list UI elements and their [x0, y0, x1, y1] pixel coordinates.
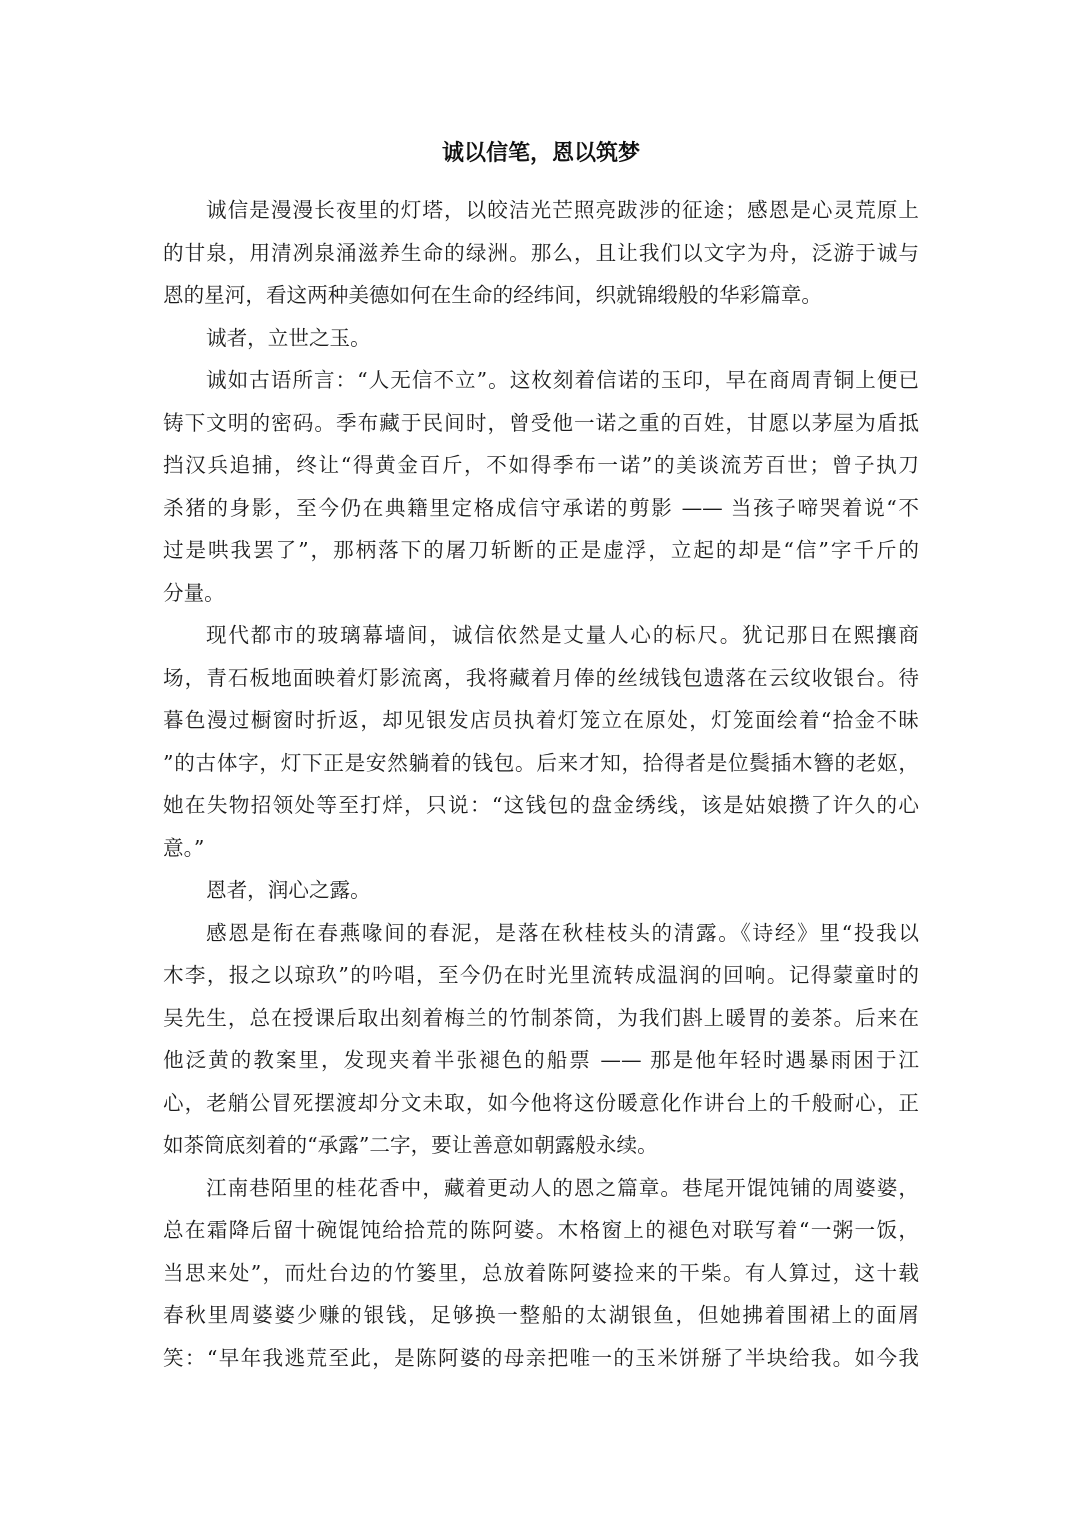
text-line: 挡汉兵追捕，终让“得黄金百斤，不如得季布一诺”的美谈流芳百世；曾子执刀 — [163, 444, 919, 487]
text-line: 过是哄我罢了”，那柄落下的屠刀斩断的正是虚浮，立起的却是“信”字千斤的 — [163, 529, 919, 572]
text-line: 意。” — [163, 827, 919, 870]
text-line: 她在失物招领处等至打烊，只说：“这钱包的盘金绣线，该是姑娘攒了许久的心 — [163, 784, 919, 827]
text-line: 诚信是漫漫长夜里的灯塔，以皎洁光芒照亮跋涉的征途；感恩是心灵荒原上 — [163, 189, 919, 232]
text-line: 江南巷陌里的桂花香中，藏着更动人的恩之篇章。巷尾开馄饨铺的周婆婆， — [163, 1167, 919, 1210]
text-line: 他泛黄的教案里，发现夹着半张褪色的船票 —— 那是他年轻时遇暴雨困于江 — [163, 1039, 919, 1082]
text-line: 恩者，润心之露。 — [163, 869, 919, 912]
text-line: 当思来处”，而灶台边的竹篓里，总放着陈阿婆捡来的干柴。有人算过，这十载 — [163, 1252, 919, 1295]
text-line: 铸下文明的密码。季布藏于民间时，曾受他一诺之重的百姓，甘愿以茅屋为盾抵 — [163, 402, 919, 445]
text-line: 诚者，立世之玉。 — [163, 317, 919, 360]
text-line: 的甘泉，用清冽泉涌滋养生命的绿洲。那么，且让我们以文字为舟，泛游于诚与 — [163, 232, 919, 275]
text-line: 恩的星河，看这两种美德如何在生命的经纬间，织就锦缎般的华彩篇章。 — [163, 274, 919, 317]
text-line: ”的古体字，灯下正是安然躺着的钱包。后来才知，拾得者是位鬓插木簪的老妪， — [163, 742, 919, 785]
text-line: 分量。 — [163, 572, 919, 615]
document-title: 诚以信笔，恩以筑梦 — [163, 140, 919, 168]
document-body: 诚信是漫漫长夜里的灯塔，以皎洁光芒照亮跋涉的征途；感恩是心灵荒原上的甘泉，用清冽… — [163, 189, 919, 1379]
text-line: 场，青石板地面映着灯影流离，我将藏着月俸的丝绒钱包遗落在云纹收银台。待 — [163, 657, 919, 700]
text-line: 心，老艄公冒死摆渡却分文未取，如今他将这份暖意化作讲台上的千般耐心，正 — [163, 1082, 919, 1125]
text-line: 如茶筒底刻着的“承露”二字，要让善意如朝露般永续。 — [163, 1124, 919, 1167]
text-line: 暮色漫过橱窗时折返，却见银发店员执着灯笼立在原处，灯笼面绘着“拾金不昧 — [163, 699, 919, 742]
text-line: 诚如古语所言：“人无信不立”。这枚刻着信诺的玉印，早在商周青铜上便已 — [163, 359, 919, 402]
text-line: 感恩是衔在春燕喙间的春泥，是落在秋桂枝头的清露。《诗经》里“投我以 — [163, 912, 919, 955]
text-line: 木李，报之以琼玖”的吟唱，至今仍在时光里流转成温润的回响。记得蒙童时的 — [163, 954, 919, 997]
text-line: 总在霜降后留十碗馄饨给拾荒的陈阿婆。木格窗上的褪色对联写着“一粥一饭， — [163, 1209, 919, 1252]
text-line: 现代都市的玻璃幕墙间，诚信依然是丈量人心的标尺。犹记那日在熙攘商 — [163, 614, 919, 657]
text-line: 笑：“早年我逃荒至此，是陈阿婆的母亲把唯一的玉米饼掰了半块给我。如今我 — [163, 1337, 919, 1380]
text-line: 吴先生，总在授课后取出刻着梅兰的竹制茶筒，为我们斟上暖胃的姜茶。后来在 — [163, 997, 919, 1040]
text-line: 杀猪的身影，至今仍在典籍里定格成信守承诺的剪影 —— 当孩子啼哭着说“不 — [163, 487, 919, 530]
text-line: 春秋里周婆婆少赚的银钱，足够换一整船的太湖银鱼，但她拂着围裙上的面屑 — [163, 1294, 919, 1337]
